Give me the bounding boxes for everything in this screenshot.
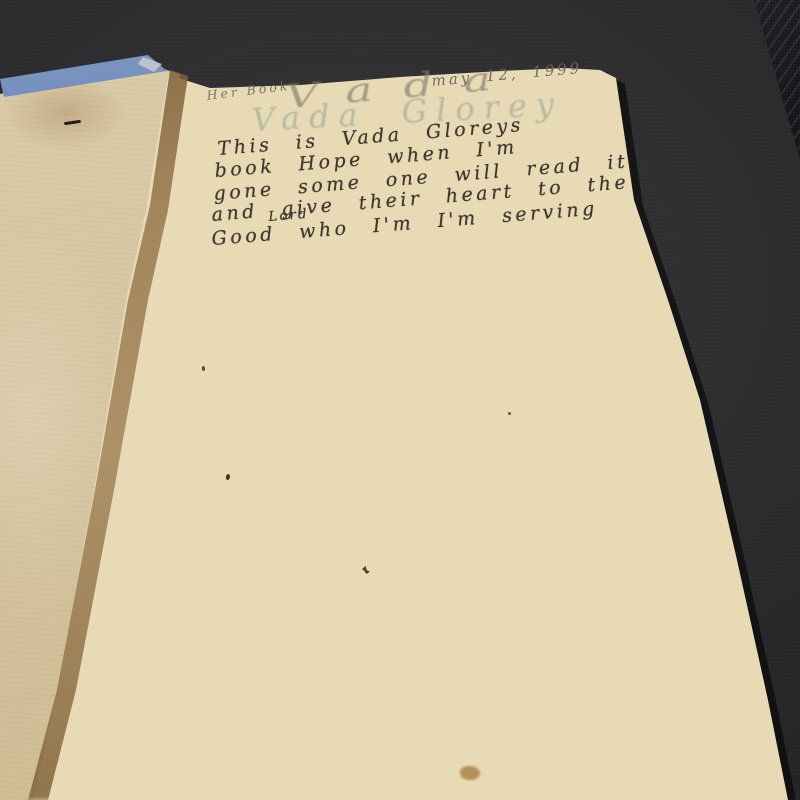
photo-scene: Her Book Vada may 12, 1999 Vada Glorey T… [0,0,800,800]
page-stain [460,766,480,780]
page-speck [202,366,205,371]
page-speck [508,412,511,415]
ink-inserted-word: Lord [268,208,309,225]
